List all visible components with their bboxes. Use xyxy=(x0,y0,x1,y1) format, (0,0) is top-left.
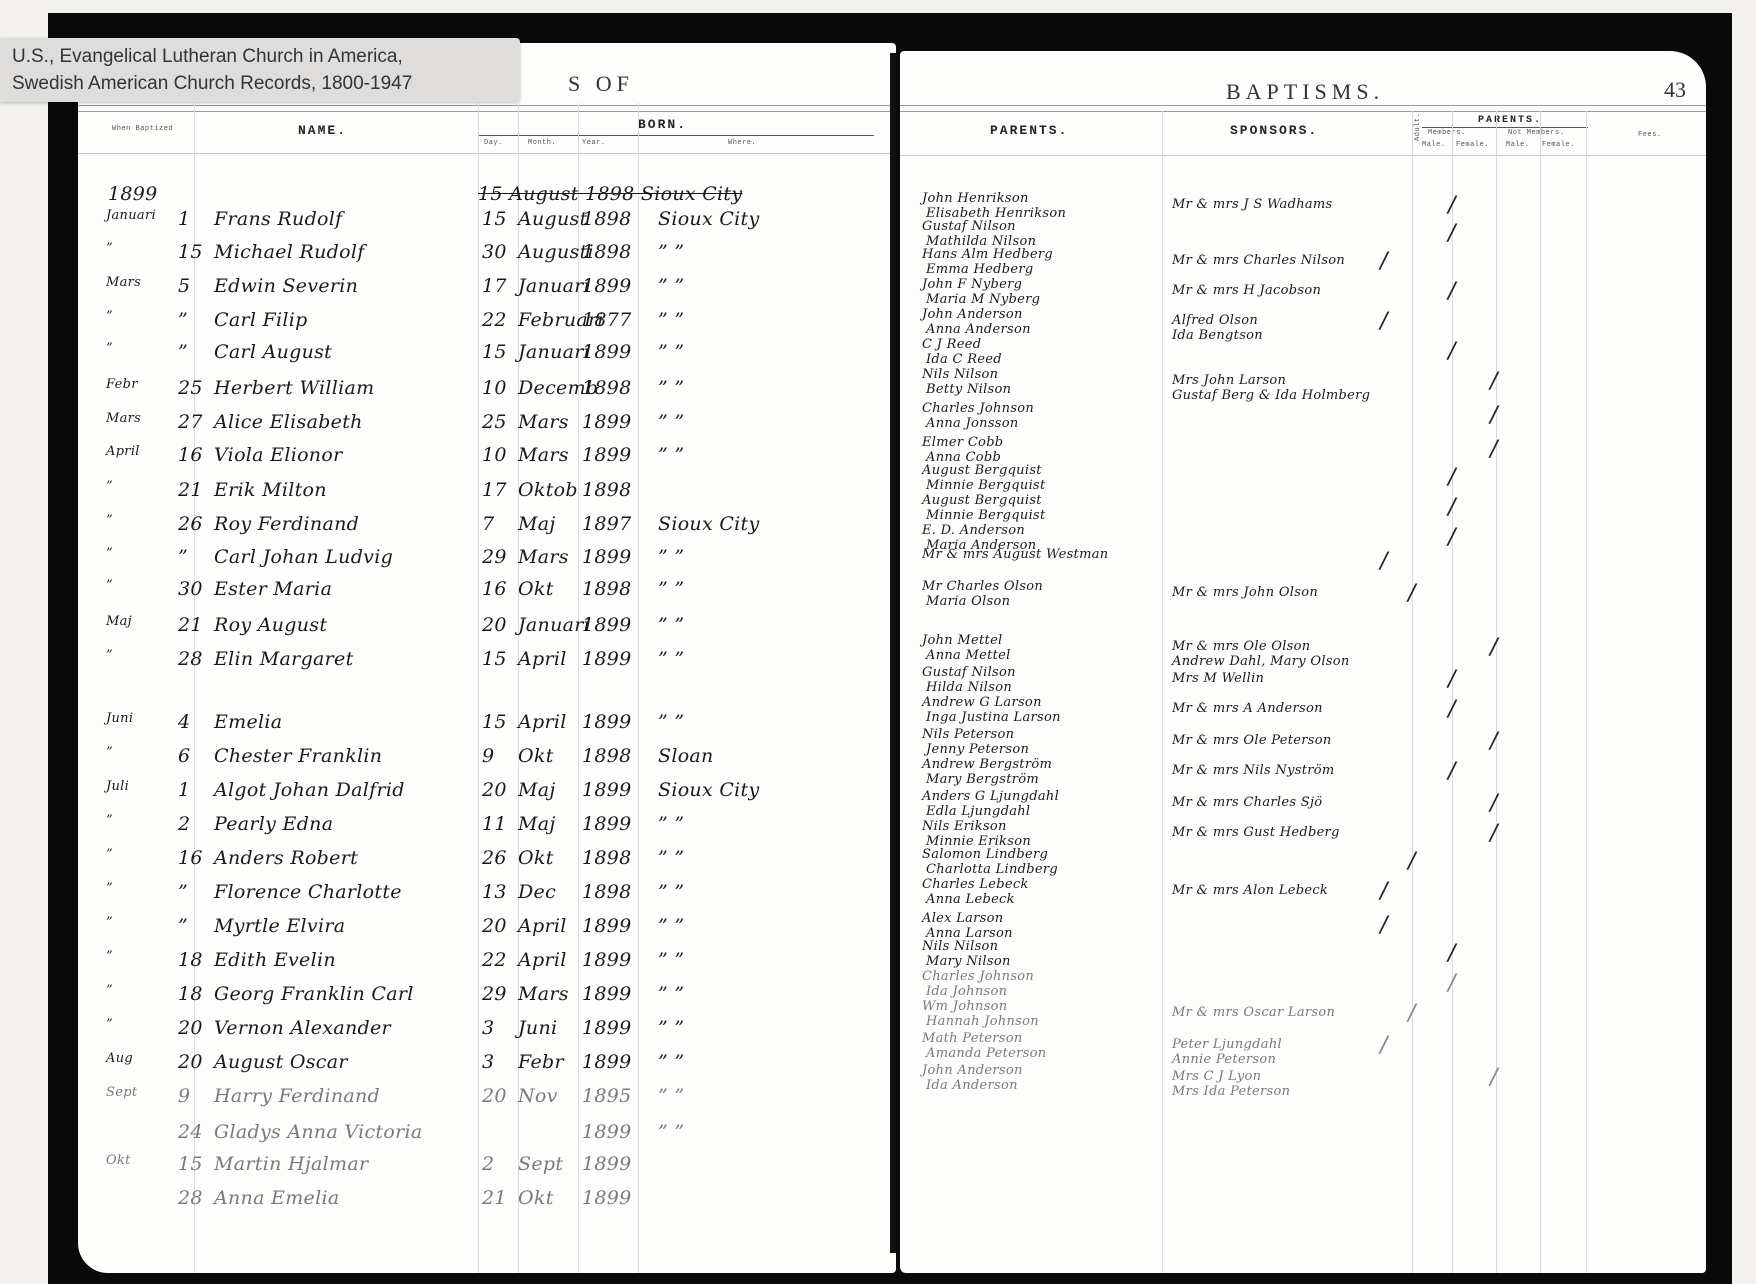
entry-day: ” xyxy=(178,309,188,331)
membership-tick-mark: / xyxy=(1448,667,1455,692)
entry-birth-day: 10 xyxy=(482,444,507,466)
entry-month: ” xyxy=(106,578,113,593)
sponsor-name: Andrew Dahl, Mary Olson xyxy=(1172,654,1350,669)
entry-birth-year: 1898 xyxy=(582,847,632,869)
entry-birth-day: 9 xyxy=(482,745,494,767)
entry-name: Frans Rudolf xyxy=(214,208,342,230)
membership-tick-mark: / xyxy=(1380,549,1387,574)
mother-name: Ida C Reed xyxy=(926,352,1002,367)
entry-name: Roy Ferdinand xyxy=(214,513,359,535)
father-name: Nils Nilson xyxy=(922,939,998,954)
entry-birth-place: ” ” xyxy=(658,241,684,263)
year-label: 1899 xyxy=(108,183,158,205)
membership-tick-mark: / xyxy=(1490,821,1497,846)
entry-day: 20 xyxy=(178,1051,203,1073)
entry-birth-place: Sioux City xyxy=(658,513,760,535)
entry-month: ” xyxy=(106,915,113,930)
sponsor-name: Mr & mrs A Anderson xyxy=(1172,701,1323,716)
membership-tick-mark: / xyxy=(1448,759,1455,784)
entry-birth-day: 7 xyxy=(482,513,494,535)
entry-day: ” xyxy=(178,341,188,363)
header-rule xyxy=(78,111,896,112)
entry-birth-month: Okt xyxy=(518,745,554,767)
entry-birth-month: Maj xyxy=(518,513,556,535)
entry-birth-year: 1877 xyxy=(582,309,632,331)
father-name: Mr Charles Olson xyxy=(922,579,1043,594)
entry-month: ” xyxy=(106,648,113,663)
sponsor-name: Mr & mrs H Jacobson xyxy=(1172,283,1321,298)
entry-birth-month: Januari xyxy=(518,275,590,297)
membership-tick-mark: / xyxy=(1490,791,1497,816)
entry-day: 5 xyxy=(178,275,190,297)
entry-birth-place: Sioux City xyxy=(658,779,760,801)
mother-name: Anna Jonsson xyxy=(926,416,1019,431)
entry-birth-year: 1895 xyxy=(582,1085,632,1107)
entry-birth-day: 25 xyxy=(482,411,507,433)
mother-name: Anna Mettel xyxy=(926,648,1011,663)
col-year: Year. xyxy=(582,139,606,147)
sponsor-name: Mr & mrs Gust Hedberg xyxy=(1172,825,1340,840)
entry-birth-place: ” ” xyxy=(658,377,684,399)
entry-birth-month: Oktob xyxy=(518,479,578,501)
entry-birth-year: 1899 xyxy=(582,779,632,801)
sponsor-name: Mr & mrs Ole Peterson xyxy=(1172,733,1332,748)
entry-birth-month: Mars xyxy=(518,546,569,568)
membership-tick-mark: / xyxy=(1380,309,1387,334)
book-binding xyxy=(890,53,896,1253)
col-male-1: Male. xyxy=(1422,141,1446,149)
entry-day: 6 xyxy=(178,745,190,767)
entry-name: Carl Johan Ludvig xyxy=(214,546,393,568)
entry-name: Roy August xyxy=(214,614,327,636)
membership-tick-mark: / xyxy=(1448,193,1455,218)
father-name: August Bergquist xyxy=(922,493,1042,508)
father-name: John Anderson xyxy=(922,1063,1023,1078)
membership-tick-mark: / xyxy=(1448,465,1455,490)
entry-birth-place: ” ” xyxy=(658,915,684,937)
entry-day: 16 xyxy=(178,847,203,869)
membership-tick-mark: / xyxy=(1448,971,1455,996)
mother-name: Anna Lebeck xyxy=(926,892,1015,907)
entry-month: ” xyxy=(106,745,113,760)
sponsor-name: Annie Peterson xyxy=(1172,1052,1276,1067)
father-name: John Anderson xyxy=(922,307,1023,322)
membership-tick-mark: / xyxy=(1380,1033,1387,1058)
entry-birth-day: 16 xyxy=(482,578,507,600)
father-name: Elmer Cobb xyxy=(922,435,1003,450)
membership-tick-mark: / xyxy=(1448,941,1455,966)
entry-name: Carl August xyxy=(214,341,332,363)
col-when-baptized: When Baptized xyxy=(112,125,173,133)
entry-name: Michael Rudolf xyxy=(214,241,365,263)
header-rule xyxy=(78,105,896,106)
membership-tick-mark: / xyxy=(1490,635,1497,660)
col-month: Month. xyxy=(528,139,556,147)
entry-birth-day: 10 xyxy=(482,377,507,399)
entry-birth-place: ” ” xyxy=(658,983,684,1005)
entry-name: Viola Elionor xyxy=(214,444,342,466)
entry-birth-place: ” ” xyxy=(658,1017,684,1039)
col-female-1: Female. xyxy=(1456,141,1489,149)
entry-day: 1 xyxy=(178,779,190,801)
entry-birth-place: ” ” xyxy=(658,578,684,600)
entry-birth-day: 15 xyxy=(482,711,507,733)
father-name: Nils Erikson xyxy=(922,819,1007,834)
entry-birth-day: 22 xyxy=(482,949,507,971)
entry-name: Herbert William xyxy=(214,377,374,399)
entry-birth-year: 1898 xyxy=(582,377,632,399)
entry-birth-day: 15 xyxy=(482,341,507,363)
column-line xyxy=(478,103,479,1273)
entry-day: 18 xyxy=(178,983,203,1005)
entry-birth-month: Juni xyxy=(518,1017,557,1039)
entry-birth-place: ” ” xyxy=(658,1121,684,1143)
record-image-viewer[interactable]: S OF When Baptized NAME. BORN. Day. Mont… xyxy=(48,13,1732,1284)
membership-tick-mark: / xyxy=(1448,221,1455,246)
entry-birth-year: 1899 xyxy=(582,1121,632,1143)
entry-birth-year: 1899 xyxy=(582,648,632,670)
father-name: Nils Peterson xyxy=(922,727,1014,742)
entry-day: 21 xyxy=(178,479,203,501)
father-name: Andrew Bergström xyxy=(922,757,1052,772)
membership-tick-mark: / xyxy=(1380,249,1387,274)
entry-birth-day: 20 xyxy=(482,614,507,636)
sponsor-name: Mrs John Larson xyxy=(1172,373,1286,388)
entry-month: Sept xyxy=(106,1085,137,1100)
entry-birth-place: ” ” xyxy=(658,881,684,903)
entry-birth-year: 1899 xyxy=(582,614,632,636)
entry-birth-year: 1899 xyxy=(582,411,632,433)
mother-name: Inga Justina Larson xyxy=(926,710,1061,725)
col-parents: PARENTS. xyxy=(990,123,1068,138)
entry-birth-month: April xyxy=(518,648,567,670)
tooltip-line-2: Swedish American Church Records, 1800-19… xyxy=(12,70,508,97)
entry-name: Erik Milton xyxy=(214,479,327,501)
entry-birth-month: Sept xyxy=(518,1153,563,1175)
entry-month: ” xyxy=(106,241,113,256)
entry-birth-year: 1899 xyxy=(582,444,632,466)
father-name: E. D. Anderson xyxy=(922,523,1025,538)
col-name: NAME. xyxy=(298,123,347,138)
father-name: Nils Nilson xyxy=(922,367,998,382)
entry-day: 4 xyxy=(178,711,190,733)
entry-month: ” xyxy=(106,881,113,896)
entry-day: 27 xyxy=(178,411,203,433)
entry-name: Chester Franklin xyxy=(214,745,382,767)
father-name: Anders G Ljungdahl xyxy=(922,789,1059,804)
entry-birth-place: ” ” xyxy=(658,546,684,568)
column-line xyxy=(1412,111,1413,1273)
struck-entry: 15 August 1898 Sioux City xyxy=(478,183,742,205)
sponsor-name: Mr & mrs Nils Nyström xyxy=(1172,763,1334,778)
entry-birth-place: ” ” xyxy=(658,1051,684,1073)
mother-name: Ida Johnson xyxy=(926,984,1007,999)
membership-tick-mark: / xyxy=(1490,1065,1497,1090)
left-page-title: S OF xyxy=(568,71,634,97)
entry-birth-year: 1899 xyxy=(582,341,632,363)
entry-day: 15 xyxy=(178,241,203,263)
column-line xyxy=(1162,111,1163,1273)
column-line xyxy=(1496,111,1497,1273)
entry-name: Ester Maria xyxy=(214,578,332,600)
entry-birth-year: 1898 xyxy=(582,208,632,230)
father-name: Charles Lebeck xyxy=(922,877,1029,892)
father-name: Alex Larson xyxy=(922,911,1003,926)
membership-tick-mark: / xyxy=(1380,913,1387,938)
sponsor-name: Mrs M Wellin xyxy=(1172,671,1264,686)
father-name: Math Peterson xyxy=(922,1031,1023,1046)
entry-day: 24 xyxy=(178,1121,203,1143)
mother-name: Betty Nilson xyxy=(926,382,1011,397)
father-name: John F Nyberg xyxy=(922,277,1022,292)
entry-day: 30 xyxy=(178,578,203,600)
membership-tick-mark: / xyxy=(1490,437,1497,462)
entry-birth-day: 21 xyxy=(482,1187,507,1209)
entry-name: Pearly Edna xyxy=(214,813,333,835)
entry-month: Aug xyxy=(106,1051,133,1066)
entry-month: Febr xyxy=(106,377,138,392)
parents-group-rule xyxy=(1422,127,1588,128)
entry-birth-year: 1898 xyxy=(582,578,632,600)
col-fees: Fees. xyxy=(1638,131,1662,139)
entry-birth-year: 1899 xyxy=(582,1017,632,1039)
entry-birth-place: ” ” xyxy=(658,341,684,363)
father-name: Hans Alm Hedberg xyxy=(922,247,1053,262)
entry-name: Carl Filip xyxy=(214,309,308,331)
entry-birth-place: ” ” xyxy=(658,411,684,433)
column-line xyxy=(1586,111,1587,1273)
collection-tooltip: U.S., Evangelical Lutheran Church in Ame… xyxy=(0,38,520,102)
entry-month: Juli xyxy=(106,779,129,794)
entry-name: Gladys Anna Victoria xyxy=(214,1121,423,1143)
entry-birth-month: April xyxy=(518,711,567,733)
entry-birth-day: 22 xyxy=(482,309,507,331)
entry-month: ” xyxy=(106,983,113,998)
entry-birth-day: 20 xyxy=(482,779,507,801)
entry-birth-place: Sioux City xyxy=(658,208,760,230)
entry-name: Georg Franklin Carl xyxy=(214,983,414,1005)
entry-birth-place: ” ” xyxy=(658,309,684,331)
entry-month: Mars xyxy=(106,275,141,290)
father-name: August Bergquist xyxy=(922,463,1042,478)
entry-month: ” xyxy=(106,847,113,862)
father-name: C J Reed xyxy=(922,337,981,352)
father-name: Gustaf Nilson xyxy=(922,665,1016,680)
sponsor-name: Mrs Ida Peterson xyxy=(1172,1084,1290,1099)
entry-name: Anna Emelia xyxy=(214,1187,339,1209)
entry-name: Edith Evelin xyxy=(214,949,336,971)
membership-tick-mark: / xyxy=(1408,1001,1415,1026)
entry-birth-day: 3 xyxy=(482,1017,494,1039)
entry-birth-day: 20 xyxy=(482,915,507,937)
col-adult: Adult. xyxy=(1414,113,1422,141)
col-born: BORN. xyxy=(638,117,687,132)
entry-birth-day: 2 xyxy=(482,1153,494,1175)
entry-birth-place: ” ” xyxy=(658,949,684,971)
entry-birth-day: 3 xyxy=(482,1051,494,1073)
entry-name: Florence Charlotte xyxy=(214,881,402,903)
sponsor-name: Gustaf Berg & Ida Holmberg xyxy=(1172,388,1370,403)
entry-birth-place: ” ” xyxy=(658,813,684,835)
entry-birth-day: 20 xyxy=(482,1085,507,1107)
entry-name: Anders Robert xyxy=(214,847,358,869)
membership-tick-mark: / xyxy=(1448,279,1455,304)
sponsor-name: Mr & mrs J S Wadhams xyxy=(1172,197,1333,212)
header-rule xyxy=(900,105,1706,106)
entry-name: Myrtle Elvira xyxy=(214,915,345,937)
sponsor-name: Mr & mrs Alon Lebeck xyxy=(1172,883,1328,898)
header-bottom-rule xyxy=(78,153,896,154)
entry-birth-day: 17 xyxy=(482,275,507,297)
entry-birth-month: Dec xyxy=(518,881,556,903)
father-name: John Mettel xyxy=(922,633,1003,648)
mother-name: Charlotta Lindberg xyxy=(926,862,1058,877)
entry-birth-year: 1899 xyxy=(582,983,632,1005)
membership-tick-mark: / xyxy=(1448,697,1455,722)
sponsor-name: Mrs C J Lyon xyxy=(1172,1069,1261,1084)
column-line xyxy=(194,103,195,1273)
entry-birth-place: ” ” xyxy=(658,648,684,670)
entry-day: 9 xyxy=(178,1085,190,1107)
entry-birth-place: ” ” xyxy=(658,444,684,466)
entry-name: Elin Margaret xyxy=(214,648,354,670)
entry-birth-day: 29 xyxy=(482,546,507,568)
col-day: Day. xyxy=(484,139,503,147)
entry-day: 21 xyxy=(178,614,203,636)
mother-name: Jenny Peterson xyxy=(926,742,1029,757)
col-members: Members. xyxy=(1428,129,1466,137)
membership-tick-mark: / xyxy=(1448,339,1455,364)
entry-birth-day: 15 xyxy=(482,648,507,670)
entry-birth-month: Mars xyxy=(518,444,569,466)
father-name: Charles Johnson xyxy=(922,969,1034,984)
entry-month: Juni xyxy=(106,711,133,726)
left-page: S OF When Baptized NAME. BORN. Day. Mont… xyxy=(78,43,896,1273)
sponsor-name: Alfred Olson xyxy=(1172,313,1258,328)
page-number: 43 xyxy=(1664,77,1686,103)
entry-birth-month: Nov xyxy=(518,1085,558,1107)
entry-birth-place: ” ” xyxy=(658,275,684,297)
entry-day: 16 xyxy=(178,444,203,466)
entry-birth-month: Januari xyxy=(518,341,590,363)
entry-birth-year: 1898 xyxy=(582,479,632,501)
mother-name: Hilda Nilson xyxy=(926,680,1012,695)
entry-birth-year: 1899 xyxy=(582,1153,632,1175)
entry-month: ” xyxy=(106,546,113,561)
col-male-2: Male. xyxy=(1506,141,1530,149)
father-name: Wm Johnson xyxy=(922,999,1007,1014)
column-line xyxy=(1540,111,1541,1273)
father-name: John Henrikson xyxy=(922,191,1029,206)
father-name: Charles Johnson xyxy=(922,401,1034,416)
entry-birth-place: ” ” xyxy=(658,847,684,869)
entry-day: ” xyxy=(178,881,188,903)
sponsor-name: Ida Bengtson xyxy=(1172,328,1263,343)
right-page: BAPTISMS. 43 PARENTS. SPONSORS. Adult. P… xyxy=(900,51,1706,1273)
membership-tick-mark: / xyxy=(1408,849,1415,874)
entry-birth-month: April xyxy=(518,949,567,971)
membership-tick-mark: / xyxy=(1448,495,1455,520)
sponsor-name: Mr & mrs Charles Nilson xyxy=(1172,253,1345,268)
born-rule xyxy=(478,135,874,136)
sponsor-name: Mr & mrs Oscar Larson xyxy=(1172,1005,1335,1020)
col-not-members: Not Members. xyxy=(1508,129,1564,137)
mother-name: Mary Nilson xyxy=(926,954,1011,969)
entry-day: ” xyxy=(178,915,188,937)
mother-name: Mary Bergström xyxy=(926,772,1039,787)
entry-birth-day: 30 xyxy=(482,241,507,263)
entry-name: Martin Hjalmar xyxy=(214,1153,368,1175)
entry-name: Algot Johan Dalfrid xyxy=(214,779,405,801)
mother-name: Ida Anderson xyxy=(926,1078,1018,1093)
father-name: Salomon Lindberg xyxy=(922,847,1048,862)
mother-name: Edla Ljungdahl xyxy=(926,804,1030,819)
entry-birth-year: 1899 xyxy=(582,813,632,835)
mother-name: Emma Hedberg xyxy=(926,262,1034,277)
entry-day: 1 xyxy=(178,208,190,230)
entry-day: 28 xyxy=(178,648,203,670)
membership-tick-mark: / xyxy=(1380,879,1387,904)
entry-birth-day: 15 xyxy=(482,208,507,230)
membership-tick-mark: / xyxy=(1490,729,1497,754)
entry-name: Harry Ferdinand xyxy=(214,1085,380,1107)
entry-day: 26 xyxy=(178,513,203,535)
entry-birth-year: 1899 xyxy=(582,546,632,568)
mother-name: Anna Anderson xyxy=(926,322,1031,337)
entry-birth-place: ” ” xyxy=(658,614,684,636)
tooltip-line-1: U.S., Evangelical Lutheran Church in Ame… xyxy=(12,43,508,70)
membership-tick-mark: / xyxy=(1490,369,1497,394)
entry-month: ” xyxy=(106,813,113,828)
entry-birth-day: 11 xyxy=(482,813,507,835)
col-where: Where. xyxy=(728,139,756,147)
mother-name: Minnie Bergquist xyxy=(926,478,1046,493)
entry-name: Emelia xyxy=(214,711,282,733)
col-sponsors: SPONSORS. xyxy=(1230,123,1318,138)
entry-day: 15 xyxy=(178,1153,203,1175)
entry-birth-year: 1898 xyxy=(582,241,632,263)
entry-birth-year: 1899 xyxy=(582,275,632,297)
entry-birth-year: 1898 xyxy=(582,881,632,903)
right-page-title: BAPTISMS. xyxy=(1226,79,1384,105)
mother-name: Maria Olson xyxy=(926,594,1010,609)
mother-name: Minnie Bergquist xyxy=(926,508,1046,523)
entry-birth-year: 1899 xyxy=(582,1051,632,1073)
entry-birth-month: August xyxy=(518,208,588,230)
sponsor-name: Mr & mrs Charles Sjö xyxy=(1172,795,1322,810)
mother-name: Maria M Nyberg xyxy=(926,292,1040,307)
entry-birth-month: Okt xyxy=(518,1187,554,1209)
entry-birth-month: Febr xyxy=(518,1051,564,1073)
col-parents-group: PARENTS. xyxy=(1478,115,1542,126)
entry-month: ” xyxy=(106,341,113,356)
entry-day: ” xyxy=(178,546,188,568)
entry-birth-month: Maj xyxy=(518,779,556,801)
entry-birth-month: Okt xyxy=(518,578,554,600)
sponsor-name: Mr & mrs Ole Olson xyxy=(1172,639,1310,654)
entry-month: ” xyxy=(106,479,113,494)
entry-day: 25 xyxy=(178,377,203,399)
entry-month: ” xyxy=(106,1017,113,1032)
entry-birth-day: 26 xyxy=(482,847,507,869)
entry-birth-day: 17 xyxy=(482,479,507,501)
entry-birth-year: 1899 xyxy=(582,1187,632,1209)
entry-month: ” xyxy=(106,949,113,964)
mother-name: Hannah Johnson xyxy=(926,1014,1039,1029)
father-name: Andrew G Larson xyxy=(922,695,1042,710)
sponsor-name: Mr & mrs John Olson xyxy=(1172,585,1318,600)
entry-birth-place: Sloan xyxy=(658,745,714,767)
